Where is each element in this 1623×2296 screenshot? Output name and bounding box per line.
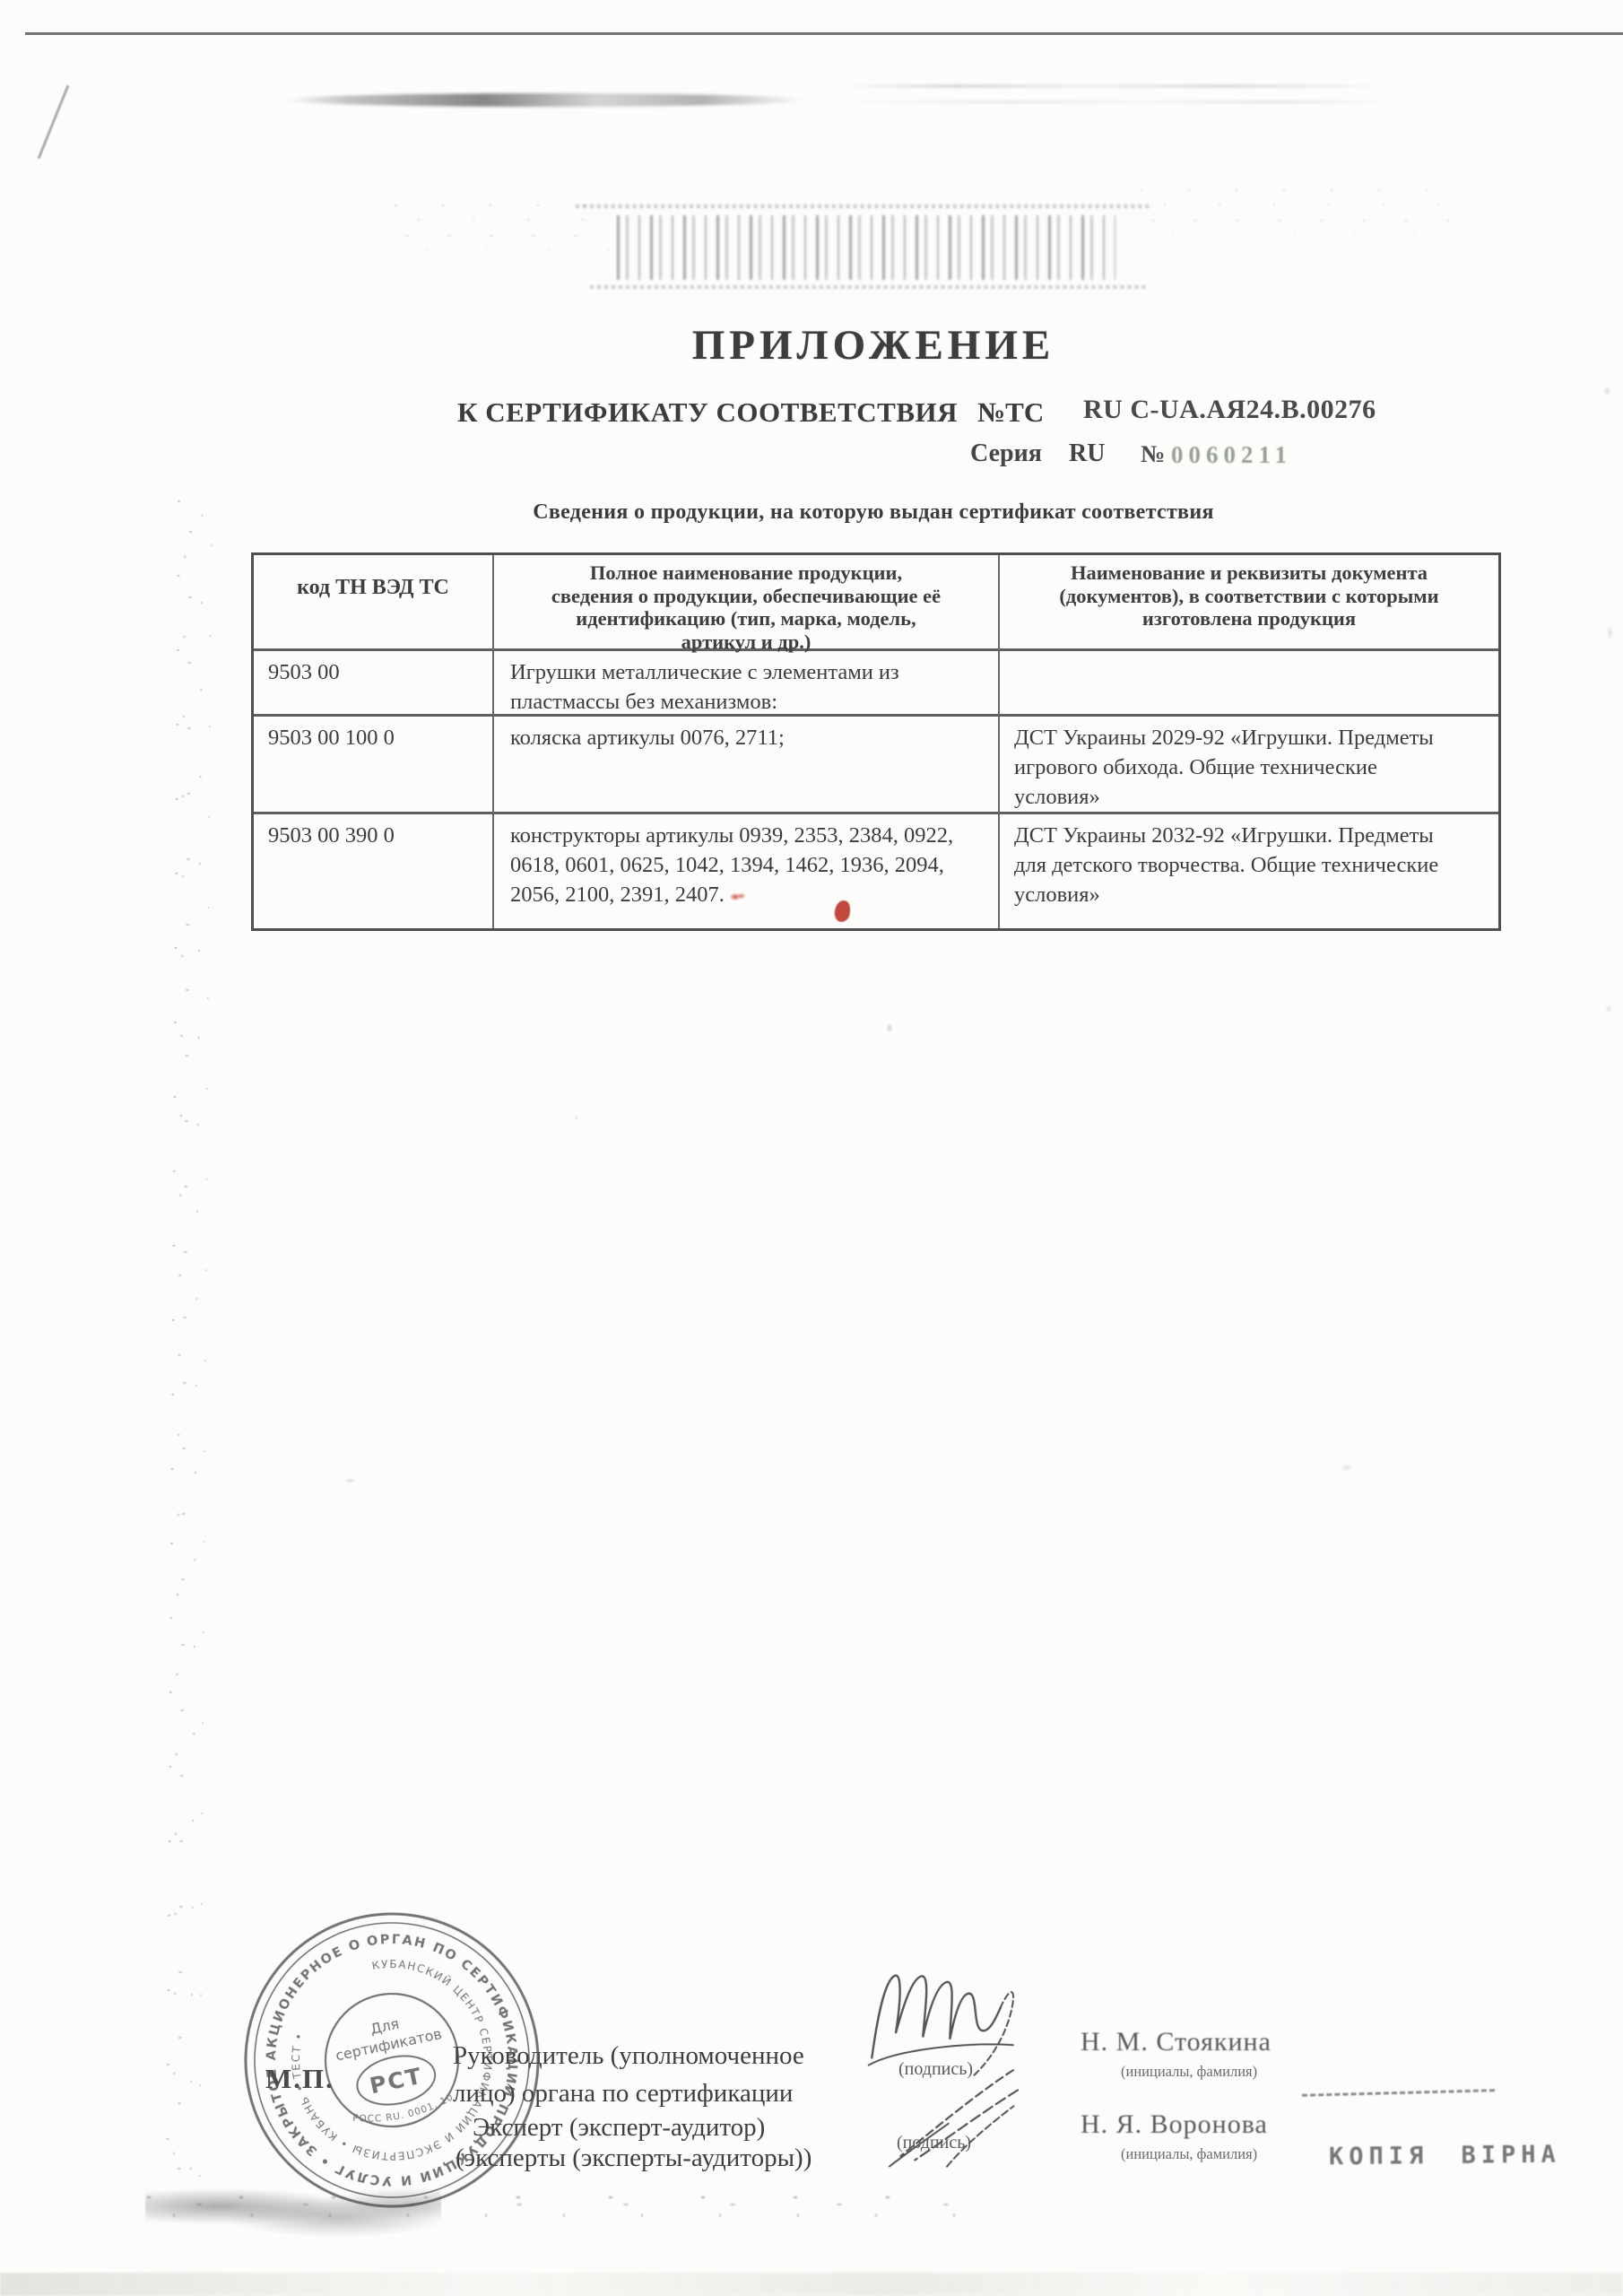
expert-name-caption: (инициалы, фамилия) — [1121, 2145, 1257, 2163]
row1-product: Игрушки металлические с элементами из пл… — [494, 651, 1000, 717]
document-value: ДСТ Украины 2029-92 «Игрушки. Предметы и… — [1014, 726, 1434, 809]
series-label: Серия — [970, 439, 1042, 468]
scanned-certificate-appendix: ПРИЛОЖЕНИЕ К СЕРТИФИКАТУ СООТВЕТСТВИЯ №Т… — [0, 0, 1623, 2296]
red-ink-drop — [833, 900, 851, 923]
row2-code: 9503 00 100 0 — [254, 717, 494, 814]
product-value: коляска артикулы 0076, 2711; — [510, 726, 785, 750]
pencil-streak — [285, 93, 805, 107]
series-number-sign: № — [1141, 440, 1165, 468]
red-ink-smudge — [730, 892, 745, 901]
pen-slash-mark — [38, 85, 70, 160]
code-value: 9503 00 — [268, 660, 340, 684]
scan-top-rule — [25, 32, 1623, 35]
row2-product: коляска артикулы 0076, 2711; — [494, 717, 1000, 814]
header-line: Наименование и реквизиты документа — [1007, 561, 1491, 585]
page-title: ПРИЛОЖЕНИЕ — [251, 321, 1496, 370]
certificate-number: RU C-UA.АЯ24.В.00276 — [1083, 395, 1376, 425]
round-certification-stamp: ОРГАН ПО СЕРТИФИКАЦИИ ПРОДУКЦИИ И УСЛУГ … — [205, 1874, 577, 2246]
pen-dash-line — [1302, 2089, 1495, 2097]
expert-name: Н. Я. Воронова — [1081, 2109, 1268, 2140]
document-value: ДСТ Украины 2032-92 «Игрушки. Предметы д… — [1014, 823, 1438, 907]
stamp-scatter-right — [1132, 182, 1468, 236]
row1-code: 9503 00 — [254, 651, 494, 717]
certificate-number-sign: №ТС — [977, 396, 1044, 429]
ink-speck — [886, 1022, 893, 1033]
product-value: Игрушки металлические с элементами из пл… — [510, 660, 899, 714]
pencil-streak-faint — [847, 79, 1385, 109]
code-value: 9503 00 390 0 — [268, 823, 395, 848]
header-line: артикул и др.) — [501, 631, 991, 654]
head-name-caption: (инициалы, фамилия) — [1121, 2063, 1257, 2081]
row3-product: конструкторы артикулы 0939, 2353, 2384, … — [494, 814, 1000, 928]
signature-caption-2: (подпись) — [897, 2133, 971, 2153]
ink-speck — [1607, 626, 1613, 639]
ink-speck — [1603, 386, 1611, 396]
row1-document — [1000, 651, 1498, 717]
copy-true-stamp: КОПІЯ ВІРНА — [1329, 2141, 1561, 2171]
head-name: Н. М. Стоякина — [1081, 2027, 1271, 2057]
faded-illegible-stamp — [617, 215, 1115, 280]
scan-bottom-edge — [0, 2273, 1623, 2296]
expert-signature — [884, 2058, 1027, 2175]
ink-speck — [344, 1478, 355, 1483]
column-header-code: код ТН ВЭД ТС — [254, 555, 494, 651]
header-line: (документов), в соответствии с которыми — [1007, 585, 1491, 608]
header-line: изготовлена продукция — [1007, 607, 1491, 631]
column-header-product: Полное наименование продукции, сведения … — [494, 555, 1000, 651]
header-line: Полное наименование продукции, — [501, 561, 991, 585]
certificate-line-label: К СЕРТИФИКАТУ СООТВЕТСТВИЯ — [457, 396, 958, 429]
stamp-logo-rst: РСТ — [368, 2063, 425, 2100]
code-value: 9503 00 100 0 — [268, 726, 395, 750]
header-line: код ТН ВЭД ТС — [261, 577, 485, 600]
header-line: сведения о продукции, обеспечивающие её — [501, 585, 991, 608]
header-line: идентификацию (тип, марка, модель, — [501, 607, 991, 631]
row3-document: ДСТ Украины 2032-92 «Игрушки. Предметы д… — [1000, 814, 1498, 928]
series-region: RU — [1069, 439, 1105, 468]
ink-speck — [574, 1116, 579, 1120]
table-caption: Сведения о продукции, на которую выдан с… — [251, 500, 1496, 525]
ink-speck — [1605, 1004, 1612, 1013]
column-header-document: Наименование и реквизиты документа (доку… — [1000, 555, 1498, 651]
series-number: 0060211 — [1171, 441, 1292, 469]
ink-speck — [1340, 1464, 1354, 1472]
row3-code: 9503 00 390 0 — [254, 814, 494, 928]
row2-document: ДСТ Украины 2029-92 «Игрушки. Предметы и… — [1000, 717, 1498, 814]
products-table: код ТН ВЭД ТС Полное наименование продук… — [251, 552, 1501, 931]
